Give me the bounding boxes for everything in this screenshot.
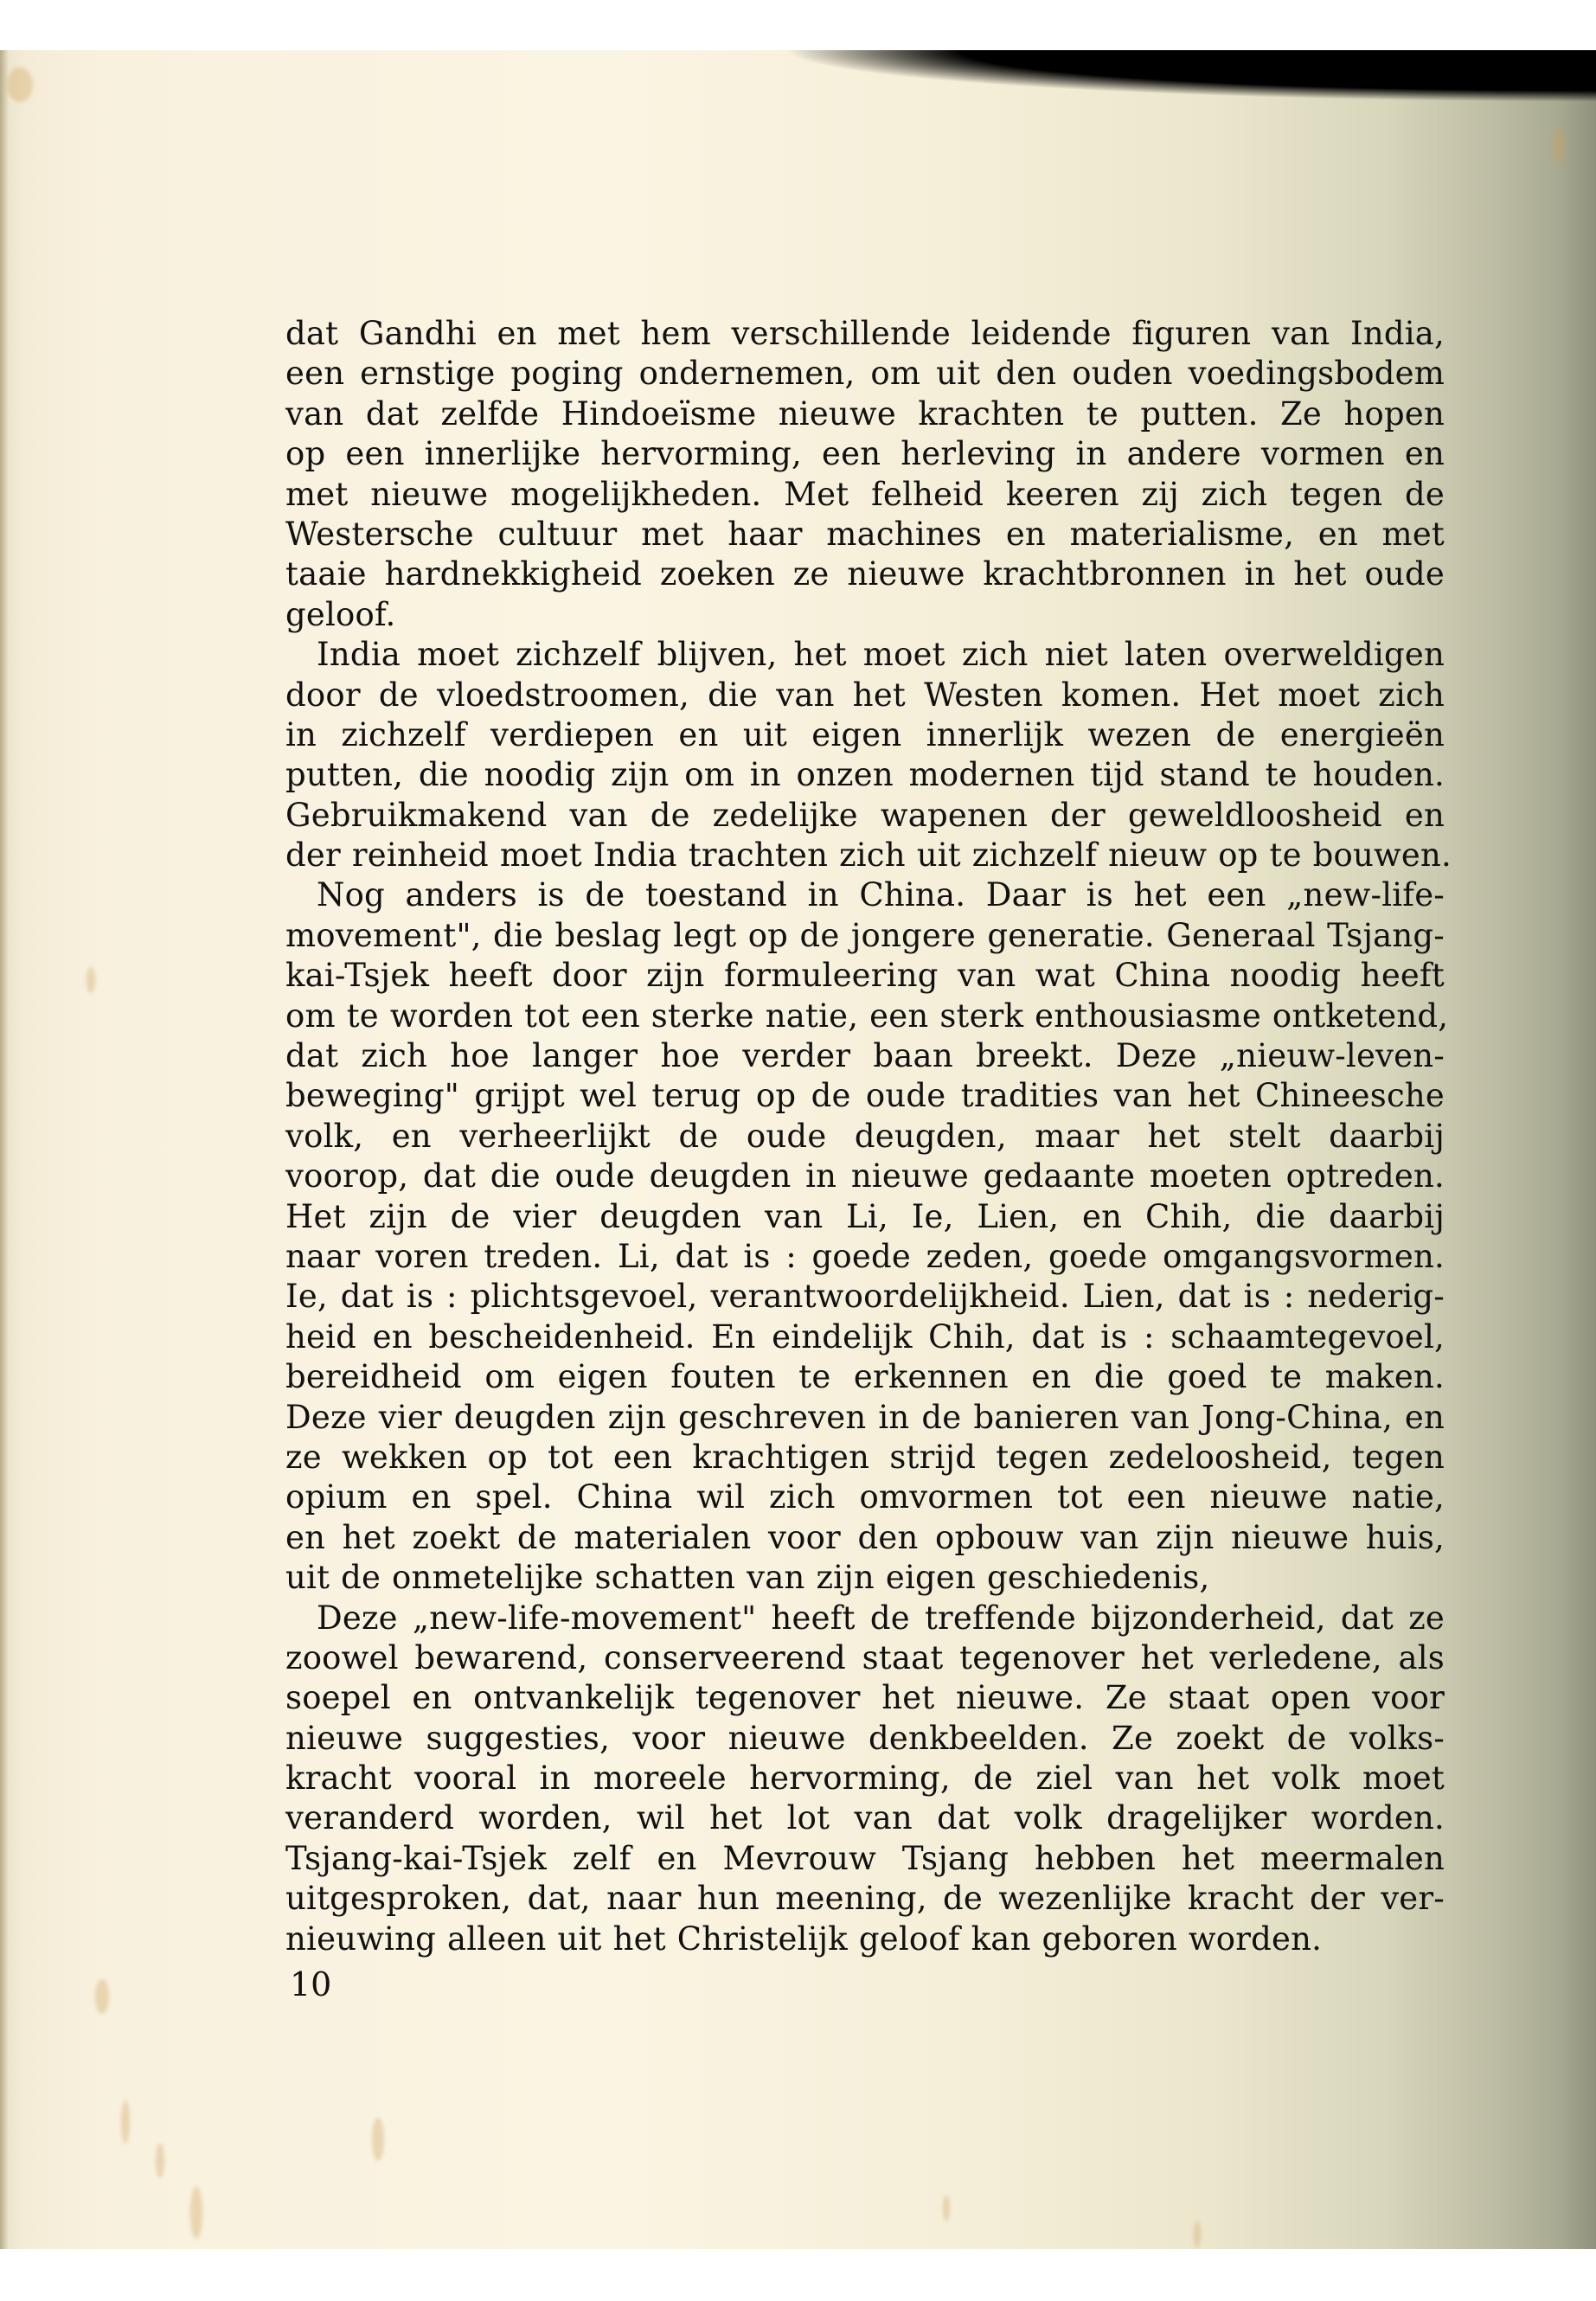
text-line: Nog anders is de toestand in China. Daar… <box>285 875 1445 915</box>
paragraph: dat Gandhi en met hem verschillende leid… <box>285 314 1445 635</box>
page-number: 10 <box>290 1965 331 2003</box>
text-line: Deze „new-life-movement" heeft de treffe… <box>285 1599 1445 1638</box>
paper-stain <box>121 2100 130 2144</box>
paper-stain <box>95 1979 109 2014</box>
paper-stain <box>943 2195 950 2221</box>
text-line: op een innerlijke hervorming, een herlev… <box>285 434 1445 474</box>
text-line: kracht vooral in moreele hervorming, de … <box>285 1759 1445 1798</box>
text-line: geloof. <box>285 595 1445 635</box>
text-line: Ie, dat is : plichtsgevoel, verantwoorde… <box>285 1277 1445 1317</box>
text-line: putten, die noodig zijn om in onzen mode… <box>285 755 1445 795</box>
book-page: dat Gandhi en met hem verschillende leid… <box>0 50 1596 2249</box>
text-line: bereidheid om eigen fouten te erkennen e… <box>285 1357 1445 1397</box>
page-top-shadow <box>779 50 1596 102</box>
text-line: soepel en ontvankelijk tegenover het nie… <box>285 1678 1445 1718</box>
paper-stain <box>1553 128 1565 163</box>
text-line: en het zoekt de materialen voor den opbo… <box>285 1518 1445 1558</box>
paper-stain <box>372 2118 384 2161</box>
text-line: veranderd worden, wil het lot van dat vo… <box>285 1798 1445 1838</box>
text-line: door de vloedstroomen, die van het Weste… <box>285 676 1445 715</box>
text-line: Tsjang-kai-Tsjek zelf en Mevrouw Tsjang … <box>285 1839 1445 1879</box>
text-line: Het zijn de vier deugden van Li, Ie, Lie… <box>285 1197 1445 1237</box>
text-line: naar voren treden. Li, dat is : goede ze… <box>285 1237 1445 1277</box>
paper-stain <box>1194 2221 1201 2247</box>
text-line: van dat zelfde Hindoeïsme nieuwe krachte… <box>285 394 1445 434</box>
text-line: ze wekken op tot een krachtigen strijd t… <box>285 1438 1445 1477</box>
text-line: dat Gandhi en met hem verschillende leid… <box>285 314 1445 354</box>
paper-stain <box>87 967 95 993</box>
text-line: om te worden tot een sterke natie, een s… <box>285 997 1445 1036</box>
text-line: beweging" grijpt wel terug op de oude tr… <box>285 1076 1445 1116</box>
text-line: heid en bescheidenheid. En eindelijk Chi… <box>285 1317 1445 1357</box>
page-left-edge <box>0 50 9 2249</box>
text-line: uitgesproken, dat, naar hun meening, de … <box>285 1879 1445 1919</box>
text-line: Deze vier deugden zijn geschreven in de … <box>285 1398 1445 1438</box>
text-line: taaie hardnekkigheid zoeken ze nieuwe kr… <box>285 554 1445 594</box>
text-line: India moet zichzelf blijven, het moet zi… <box>285 635 1445 675</box>
text-line: der reinheid moet India trachten zich ui… <box>285 836 1445 875</box>
paper-stain <box>156 2144 164 2178</box>
text-line: een ernstige poging ondernemen, om uit d… <box>285 354 1445 394</box>
text-line: movement", die beslag legt op de jongere… <box>285 916 1445 956</box>
paragraph: Nog anders is de toestand in China. Daar… <box>285 875 1445 1598</box>
body-text: dat Gandhi en met hem verschillende leid… <box>285 314 1445 1959</box>
text-line: met nieuwe mogelijkheden. Met felheid ke… <box>285 475 1445 515</box>
text-line: zoowel bewarend, conserveerend staat teg… <box>285 1638 1445 1678</box>
paragraph: India moet zichzelf blijven, het moet zi… <box>285 635 1445 875</box>
text-line: dat zich hoe langer hoe verder baan bree… <box>285 1036 1445 1076</box>
text-line: Westersche cultuur met haar machines en … <box>285 515 1445 554</box>
paper-stain <box>7 67 33 102</box>
text-line: uit de onmetelijke schatten van zijn eig… <box>285 1558 1445 1598</box>
paragraph: Deze „new-life-movement" heeft de treffe… <box>285 1599 1445 1960</box>
text-line: Gebruikmakend van de zedelijke wapenen d… <box>285 796 1445 836</box>
text-line: nieuwe suggesties, voor nieuwe denkbeeld… <box>285 1719 1445 1759</box>
text-line: nieuwing alleen uit het Christelijk gelo… <box>285 1920 1445 1959</box>
text-line: voorop, dat die oude deugden in nieuwe g… <box>285 1157 1445 1196</box>
text-line: kai-Tsjek heeft door zijn formuleering v… <box>285 956 1445 996</box>
text-line: in zichzelf verdiepen en uit eigen inner… <box>285 715 1445 755</box>
text-line: opium en spel. China wil zich omvormen t… <box>285 1477 1445 1517</box>
paper-stain <box>190 2187 202 2239</box>
text-line: volk, en verheerlijkt de oude deugden, m… <box>285 1117 1445 1157</box>
